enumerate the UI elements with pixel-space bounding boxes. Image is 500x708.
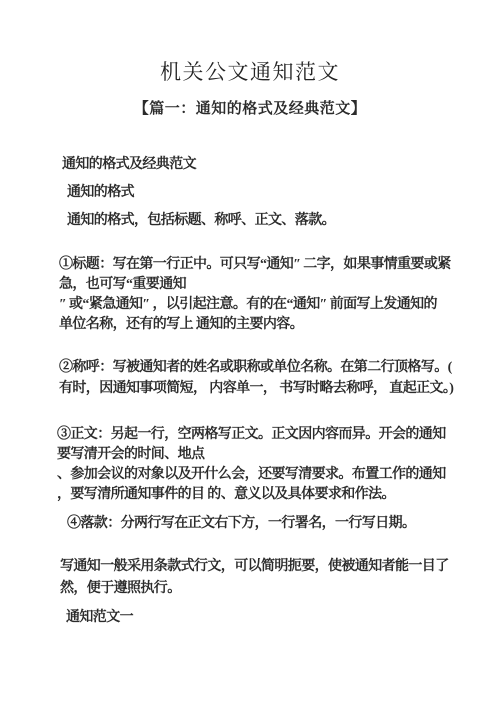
paragraph-line: ，要写清所通知事件的目 的、意义以及具体要求和作法。: [57, 485, 446, 505]
format-heading: 通知的格式: [67, 183, 134, 203]
paragraph-line: ″ 或“紧急通知″ ，以引起注意。有的在“通知″ 前面写上发通知的: [59, 295, 451, 315]
paragraph-line: 然，便于遵照执行。: [60, 578, 449, 600]
format-summary: 通知的格式，包括标题、称呼、正文、落款。: [67, 211, 335, 231]
paragraph-item2-salutation: ②称呼：写被通知者的姓名或职称或单位名称。在第二行顶格写。( 有时，因通知事项简…: [59, 357, 453, 399]
sample-heading: 通知范文一: [66, 608, 133, 628]
paragraph-item3-body: ③正文：另起一行，空两格写正文。正文因内容而异。开会的通知 要写清开会的时间、地…: [57, 425, 446, 505]
document-title: 机关公文通知范文: [0, 56, 500, 86]
intro-heading: 通知的格式及经典范文: [62, 155, 196, 175]
paragraph-line: 写通知一般采用条款式行文，可以简明扼要，使被通知者能一目了: [60, 556, 449, 578]
paragraph-line: 单位名称，还有的写上 通知的主要内容。: [59, 315, 451, 335]
paragraph-line: ①标题：写在第一行正中。可只写“通知″ 二字，如果事情重要或紧: [59, 255, 451, 275]
document-page: 机关公文通知范文 【篇一：通知的格式及经典范文】 通知的格式及经典范文 通知的格…: [0, 0, 500, 708]
paragraph-line: 急，也可写“重要通知: [59, 275, 451, 295]
paragraph-line: 有时，因通知事项简短， 内容单一， 书写时略去称呼， 直起正文。): [59, 378, 453, 399]
paragraph-line: ③正文：另起一行，空两格写正文。正文因内容而异。开会的通知: [57, 425, 446, 445]
paragraph-line: ②称呼：写被通知者的姓名或职称或单位名称。在第二行顶格写。(: [59, 357, 453, 378]
document-subtitle: 【篇一：通知的格式及经典范文】: [0, 97, 500, 118]
paragraph-closing: 写通知一般采用条款式行文，可以简明扼要，使被通知者能一目了 然，便于遵照执行。: [60, 556, 449, 600]
paragraph-item4-signature: ④落款：分两行写在正文右下方，一行署名，一行写日期。: [67, 514, 415, 534]
paragraph-line: 、参加会议的对象以及开什么会，还要写清要求。布置工作的通知: [57, 465, 446, 485]
paragraph-line: 要写清开会的时间、地点: [57, 445, 446, 465]
paragraph-item1-title: ①标题：写在第一行正中。可只写“通知″ 二字，如果事情重要或紧 急，也可写“重要…: [59, 255, 451, 335]
